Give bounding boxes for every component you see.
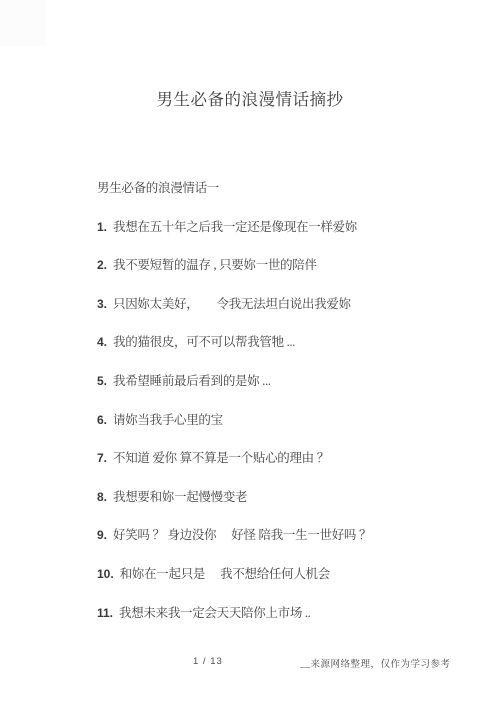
document-page: 男生必备的浪漫情话摘抄 男生必备的浪漫情话一 1.我想在五十年之后我一定还是像现… [0,0,500,707]
item-number: 7. [97,451,107,465]
item-number: 1. [97,220,107,234]
list-item: 1.我想在五十年之后我一定还是像现在一样爱妳 [97,220,472,259]
list-item: 2.我不要短暂的温存 , 只要妳一世的陪伴 [97,258,472,297]
item-number: 2. [97,258,107,272]
list-item: 11.我想未来我一定会天天陪你上市场 .. [97,606,472,645]
item-text: 和妳在一起只是 我不想给任何人机会 [120,567,330,581]
list-item: 8.我想要和妳一起慢慢变老 [97,490,472,529]
item-number: 6. [97,413,107,427]
list-item: 4.我的猫很皮，可不可以帮我管牠 ... [97,335,472,374]
item-text: 我想要和妳一起慢慢变老 [113,490,247,504]
list-item: 10.和妳在一起只是 我不想给任何人机会 [97,567,472,606]
list-item: 9.好笑吗 ？ 身边没你 好怪 陪我一生一世好吗 ？ [97,528,472,567]
item-number: 11. [97,606,113,620]
section-heading: 男生必备的浪漫情话一 [97,181,472,220]
page-footer: 1 / 13 __来源网络整理，仅作为学习参考 [0,654,500,670]
item-text: 只因妳太美好， 令我无法坦白说出我爱妳 [113,297,351,311]
item-text: 我不要短暂的温存 , 只要妳一世的陪伴 [113,258,317,272]
item-text: 我的猫很皮，可不可以帮我管牠 ... [113,335,295,349]
page-number-indicator: 1 / 13 [193,656,223,667]
item-number: 8. [97,490,107,504]
item-number: 9. [97,528,107,542]
item-number: 4. [97,335,107,349]
item-text: 请妳当我手心里的宝 [113,413,223,427]
item-number: 5. [97,374,107,388]
item-text: 好笑吗 ？ 身边没你 好怪 陪我一生一世好吗 ？ [113,528,371,542]
list-item: 7.不知道 爱你 算不算是一个贴心的理由 ？ [97,451,472,490]
scan-corner-artifact [0,0,46,46]
list-item: 3.只因妳太美好， 令我无法坦白说出我爱妳 [97,297,472,336]
item-text: 我想未来我一定会天天陪你上市场 .. [119,606,310,620]
content-area: 男生必备的浪漫情话一 1.我想在五十年之后我一定还是像现在一样爱妳 2.我不要短… [97,181,472,644]
item-text: 不知道 爱你 算不算是一个贴心的理由 ？ [113,451,329,465]
item-number: 10. [97,567,114,581]
item-text: 我想在五十年之后我一定还是像现在一样爱妳 [113,220,357,234]
page-title: 男生必备的浪漫情话摘抄 [0,86,500,110]
item-text: 我希望睡前最后看到的是妳 ... [113,374,271,388]
list-item: 6.请妳当我手心里的宝 [97,413,472,452]
list-item: 5.我希望睡前最后看到的是妳 ... [97,374,472,413]
source-note: __来源网络整理，仅作为学习参考 [300,656,451,670]
item-number: 3. [97,297,107,311]
